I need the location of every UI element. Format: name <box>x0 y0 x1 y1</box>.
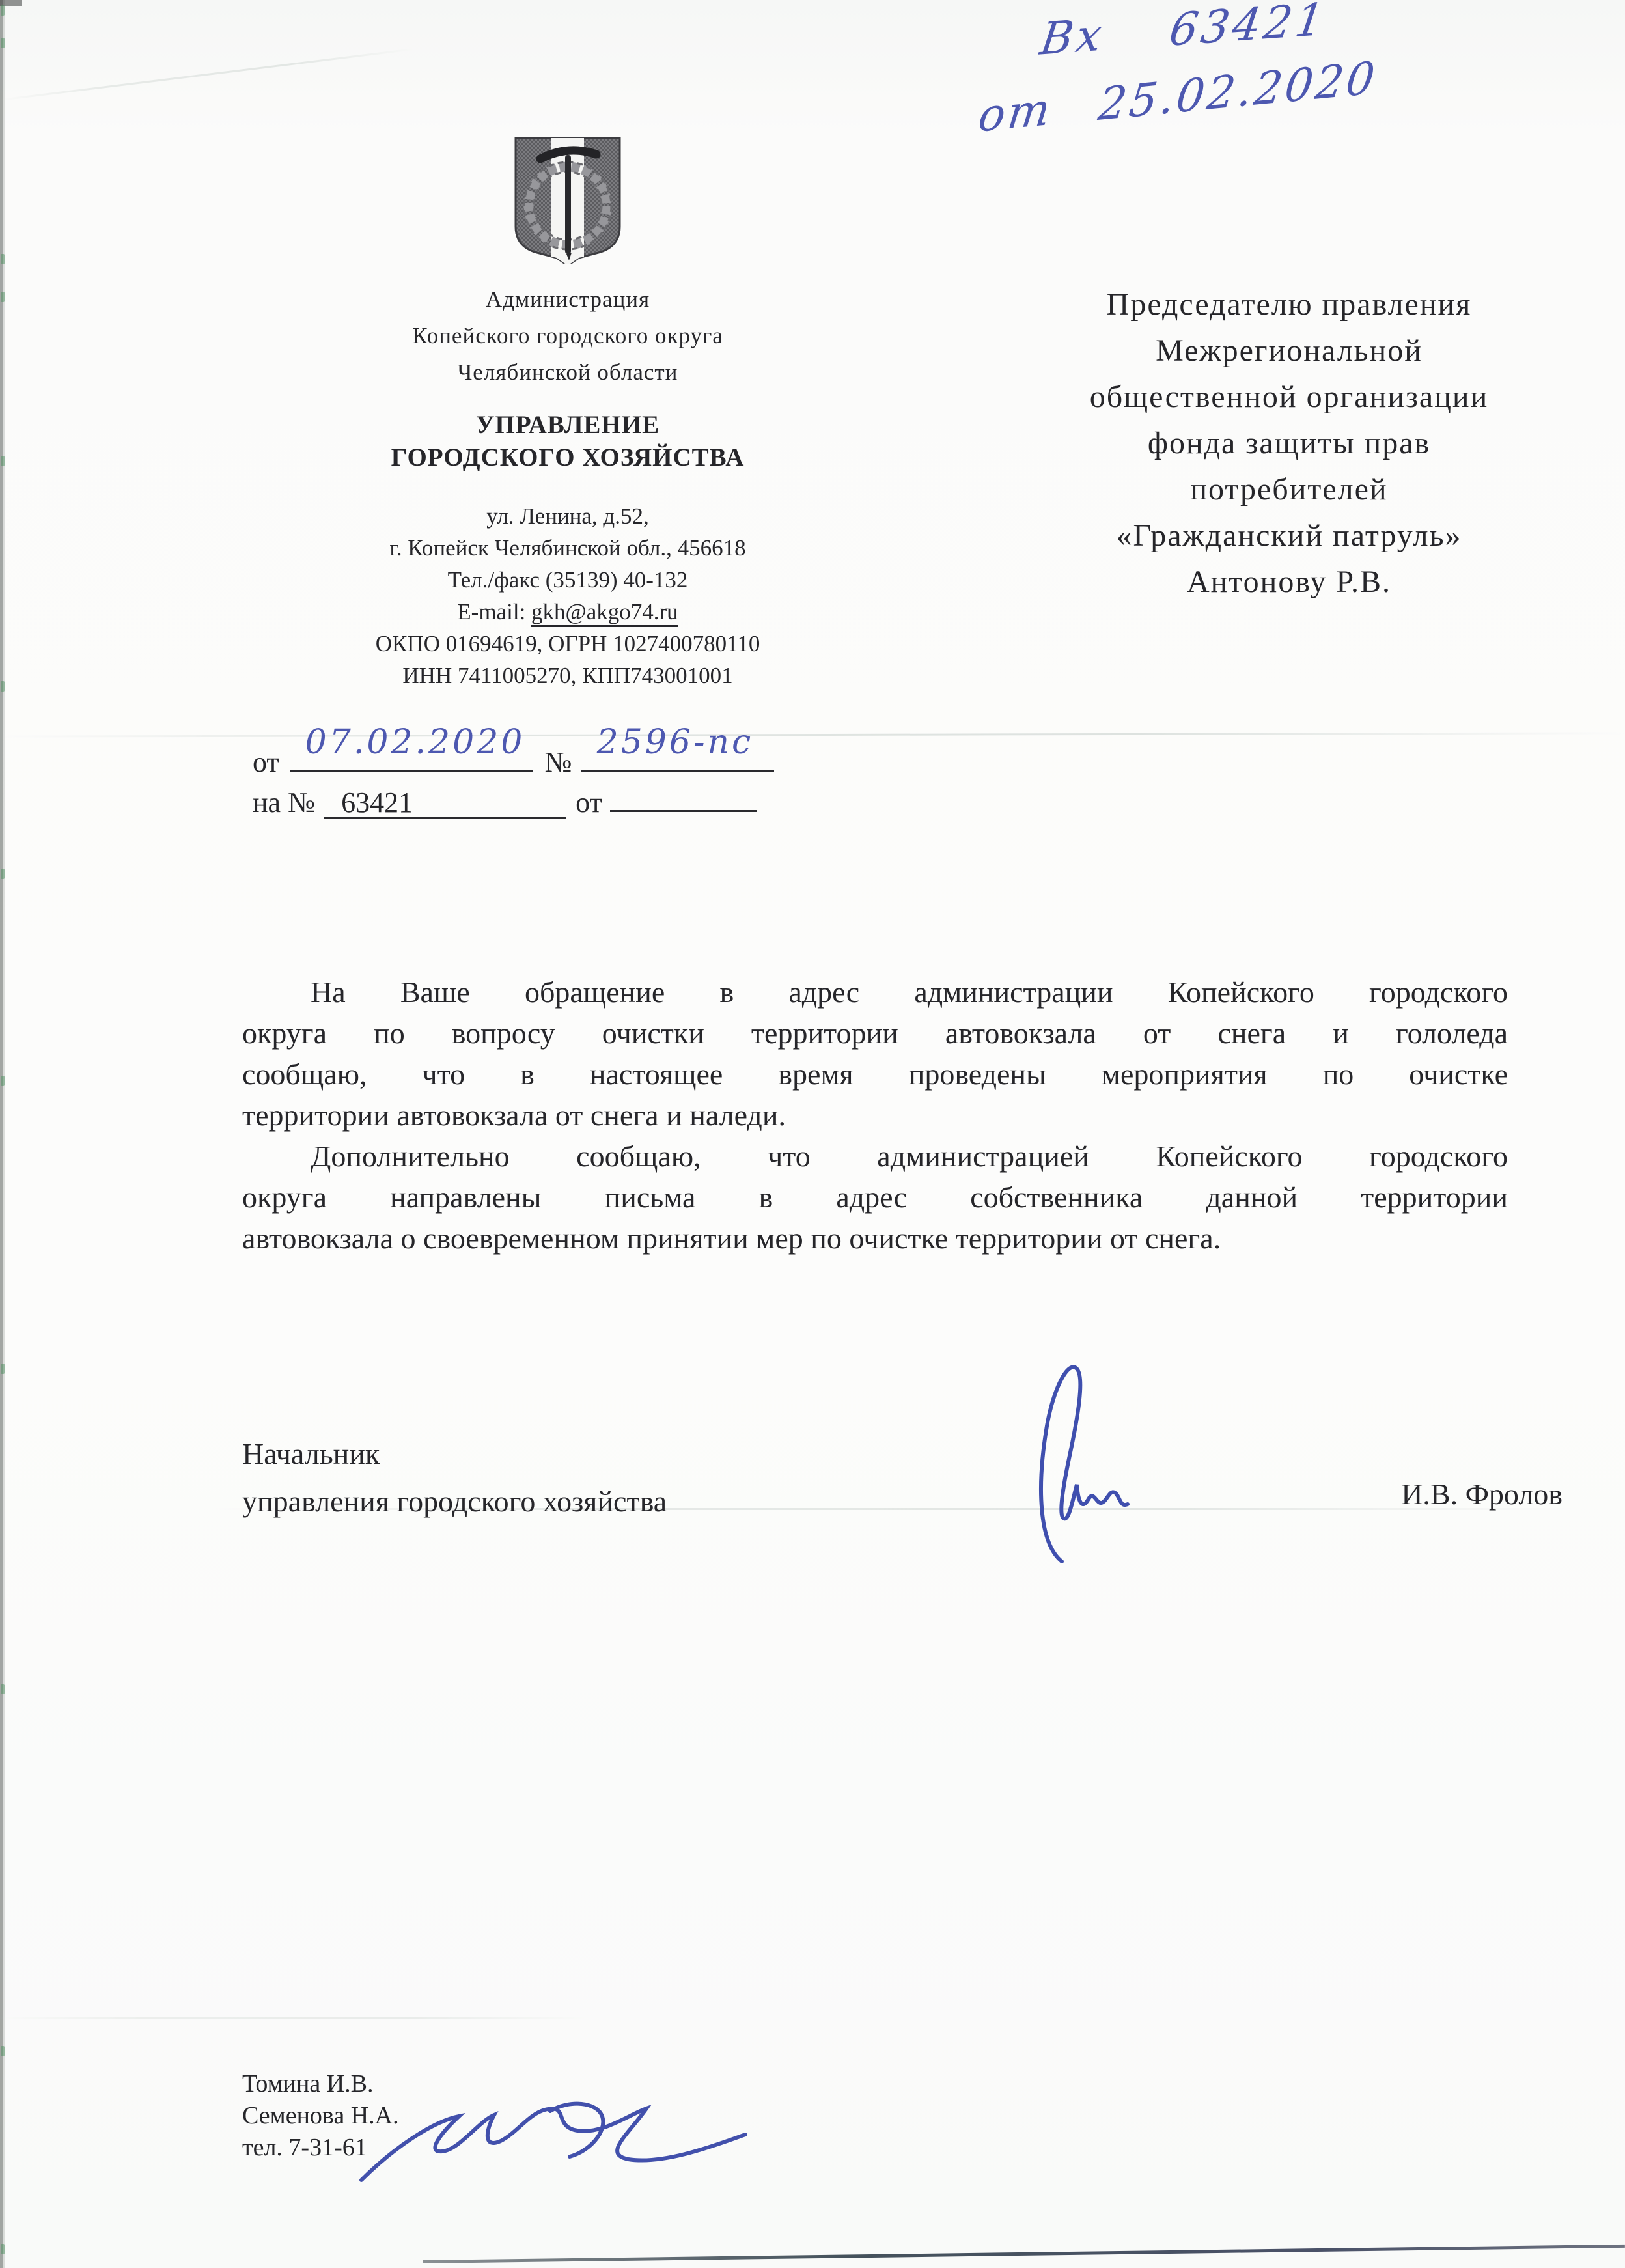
sender-email: gkh@akgo74.ru <box>531 599 678 627</box>
sender-city: г. Копейск Челябинской обл., 456618 <box>242 532 893 564</box>
sender-inn-kpp: ИНН 7411005270, КПП743001001 <box>242 660 893 692</box>
recipient-line: фонда защиты прав <box>996 420 1582 466</box>
letter-body: На Ваше обращение в адрес администрации … <box>242 972 1508 1259</box>
body-line: территории автовокзала от снега и наледи… <box>242 1095 1508 1136</box>
body-line: округа по вопросу очистки территории авт… <box>242 1013 1508 1054</box>
recipient-block: Председателю правления Межрегиональной о… <box>996 281 1582 605</box>
scan-speck <box>1 38 5 48</box>
scan-edge-left-light <box>3 0 5 2268</box>
out-date-handwriting: 07.02.2020 <box>305 723 525 762</box>
in-number-field: 63421 <box>324 786 566 819</box>
sender-phone: Тел./факс (35139) 40-132 <box>242 564 893 596</box>
scan-speck <box>1 1684 5 1694</box>
out-number-label: № <box>545 746 572 779</box>
paper-crease <box>0 48 413 101</box>
sender-department-line: УПРАВЛЕНИЕ <box>242 409 893 441</box>
sender-org-line: Администрация <box>242 281 893 318</box>
scan-speck <box>1 5 5 16</box>
scan-speck <box>1 1076 5 1086</box>
signer-title: Начальник управления городского хозяйств… <box>242 1430 667 1525</box>
scan-speck <box>1 2046 5 2056</box>
frolov-signature <box>974 1354 1195 1569</box>
reference-block: от07.02.2020№2596-пс на №63421от <box>253 737 774 818</box>
recipient-line: «Гражданский патруль» <box>996 512 1582 559</box>
signer-title-line: Начальник <box>242 1430 667 1477</box>
body-line: округа направлены письма в адрес собстве… <box>242 1177 1508 1218</box>
sender-organization: Администрация Копейского городского окру… <box>242 281 893 391</box>
scan-speck <box>1 1364 5 1374</box>
recipient-line: общественной организации <box>996 374 1582 420</box>
letterhead: Администрация Копейского городского окру… <box>242 135 893 692</box>
recipient-line: Председателю правления <box>996 281 1582 328</box>
sender-contact-block: ул. Ленина, д.52, г. Копейск Челябинской… <box>242 500 893 692</box>
scan-speck <box>1 681 5 692</box>
signer-name: И.В. Фролов <box>1276 1477 1562 1511</box>
recipient-line: потребителей <box>996 466 1582 512</box>
in-date-field <box>610 777 757 812</box>
kopeysk-coat-of-arms-emblem <box>512 135 624 264</box>
signer-title-line: управления городского хозяйства <box>242 1477 667 1525</box>
incoming-stamp-number-handwriting: Вх 63421 <box>1037 0 1330 66</box>
email-label: E-mail: <box>457 599 531 624</box>
outgoing-reference-line: от07.02.2020№2596-пс <box>253 737 774 777</box>
paper-crease <box>0 2017 586 2019</box>
recipient-name: Антонову Р.В. <box>996 559 1582 605</box>
scanned-letter-page: Вх 63421 от 25.02.2020 <box>0 0 1625 2268</box>
sender-okpo-ogrn: ОКПО 01694619, ОГРН 1027400780110 <box>242 628 893 660</box>
scan-speck <box>1 254 5 264</box>
out-date-field: 07.02.2020 <box>290 737 533 772</box>
executor-signature <box>355 2089 758 2193</box>
sender-org-line: Копейского городского округа <box>242 318 893 354</box>
scan-edge-bottom <box>423 2245 1625 2263</box>
paper-crease <box>0 732 1625 737</box>
body-line: сообщаю, что в настоящее время проведены… <box>242 1054 1508 1095</box>
sender-department: УПРАВЛЕНИЕ ГОРОДСКОГО ХОЗЯЙСТВА <box>242 409 893 474</box>
incoming-reference-line: на №63421от <box>253 777 774 818</box>
body-line: автовокзала о своевременном принятии мер… <box>242 1218 1508 1259</box>
scan-speck <box>1 869 5 879</box>
scan-speck <box>1 292 5 302</box>
recipient-line: Межрегиональной <box>996 328 1582 374</box>
out-number-handwriting: 2596-пс <box>597 723 754 762</box>
body-line: На Ваше обращение в адрес администрации … <box>242 972 1508 1013</box>
out-number-field: 2596-пс <box>581 737 774 772</box>
scan-speck <box>1 2244 5 2254</box>
sender-department-line: ГОРОДСКОГО ХОЗЯЙСТВА <box>242 441 893 474</box>
sender-org-line: Челябинской области <box>242 354 893 391</box>
sender-street: ул. Ленина, д.52, <box>242 500 893 532</box>
out-date-label: от <box>253 746 279 779</box>
sender-email-line: E-mail: gkh@akgo74.ru <box>242 596 893 628</box>
body-line: Дополнительно сообщаю, что администрацие… <box>242 1136 1508 1177</box>
in-date-label: от <box>576 786 602 819</box>
scan-speck <box>1 456 5 466</box>
in-number-label: на № <box>253 786 315 819</box>
